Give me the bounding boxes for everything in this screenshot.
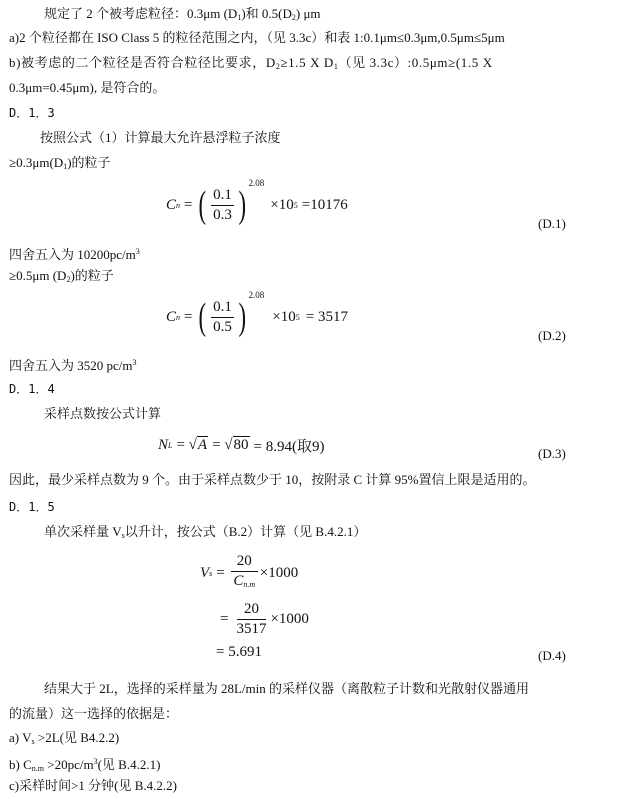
equation-label-d2: (D.2) xyxy=(538,328,566,344)
label-text: )的粒子 xyxy=(67,155,110,170)
equation-d4: Vs = 20 Cn.m ×1000 = 20 3517 ×1000 = 5.6… xyxy=(200,550,309,662)
label-text: 四舍五入为 3520 pc/m xyxy=(9,358,133,373)
fraction: 20 3517 xyxy=(234,600,268,639)
result: = 8.94(取9) xyxy=(254,435,325,456)
eq-lhs-sub: s xyxy=(209,569,212,578)
basis-item-a: a) Vs >2L(见 B4.2.2) xyxy=(9,730,119,750)
label-text: ≥0.5μm (D xyxy=(9,268,66,283)
section-heading-d14: D．1．4 xyxy=(9,381,55,397)
particle-d1-label: ≥0.3μm(D1)的粒子 xyxy=(9,155,111,175)
left-paren: ( xyxy=(199,186,207,224)
result-paragraph: 结果大于 2L，选择的采样量为 28L/min 的采样仪器（离散粒子计数和光散射… xyxy=(44,681,529,697)
eq-lhs: C xyxy=(166,309,176,326)
eq-row-2: = 20 3517 ×1000 xyxy=(216,596,309,642)
eq-lhs: N xyxy=(158,437,168,454)
right-paren: ) xyxy=(238,186,246,224)
d14-intro: 采样点数按公式计算 xyxy=(44,406,161,422)
label-text: >20pc/m xyxy=(44,757,94,772)
subscript: n.m xyxy=(32,764,44,773)
numerator: 0.1 xyxy=(211,186,234,206)
numerator: 0.1 xyxy=(211,298,234,318)
item-b: b)被考虑的二个粒径是否符合粒径比要求，D2≥1.5 X D1（见 3.3c）:… xyxy=(9,55,493,75)
label-text: ≥0.3μm(D xyxy=(9,155,63,170)
eq-row-3: = 5.691 xyxy=(216,642,309,662)
right-paren: ) xyxy=(238,298,246,336)
radicand: A xyxy=(197,436,208,454)
basis-item-b: b) Cn.m >20pc/m3(见 B.4.2.1) xyxy=(9,754,160,777)
denominator: 0.5 xyxy=(211,318,234,337)
label-text: )的粒子 xyxy=(70,268,113,283)
label-text: 单次采样量 V xyxy=(44,524,122,539)
sqrt-sign: = √ xyxy=(176,437,196,454)
item-a: a)2 个粒径都在 ISO Class 5 的粒径范围之内，（见 3.3c）和表… xyxy=(9,30,505,46)
times-term: ×1000 xyxy=(270,611,308,628)
eq-lhs-sub: n xyxy=(176,201,180,210)
eq-lhs: C xyxy=(166,197,176,214)
radicand: 80 xyxy=(233,436,250,454)
label-text: b) C xyxy=(9,757,32,772)
denominator-sub: n.m xyxy=(243,580,255,589)
exponent: 2.08 xyxy=(249,178,265,188)
d13-intro: 按照公式（1）计算最大允许悬浮粒子浓度 xyxy=(40,130,281,146)
rounding-d1: 四舍五入为 10200pc/m3 xyxy=(9,244,140,263)
d15-intro: 单次采样量 Vs以升计，按公式（B.2）计算（见 B.4.2.1） xyxy=(44,524,366,544)
intro-text: ) μm xyxy=(296,6,321,21)
equation-d3: NL = √A = √80 = 8.94(取9) xyxy=(158,430,325,460)
result-paragraph-cont: 的流量）这一选择的依据是： xyxy=(9,706,178,722)
intro-line: 规定了 2 个被考虑粒径：0.3μm (D1)和 0.5(D2) μm xyxy=(44,6,321,26)
superscript: 3 xyxy=(136,247,140,256)
item-b-text: （见 3.3c）:0.5μm≥(1.5 X xyxy=(339,55,493,70)
fraction: 20 Cn.m xyxy=(231,552,258,594)
label-text: (见 B.4.2.1) xyxy=(98,757,161,772)
equals-sign: = xyxy=(184,197,192,214)
equation-d2: Cn = ( 0.1 0.5 ) 2.08 ×105 = 3517 xyxy=(166,292,348,342)
result: =10176 xyxy=(302,197,348,214)
equals-sign: = xyxy=(220,611,228,628)
eq-lhs-sub: L xyxy=(168,441,172,450)
numerator: 20 xyxy=(237,600,266,620)
section-heading-d15: D．1．5 xyxy=(9,499,55,515)
times-term: ×10 xyxy=(270,197,293,214)
eq-lhs: V xyxy=(200,565,209,582)
basis-item-c: c)采样时间>1 分钟(见 B.4.2.2) xyxy=(9,778,177,794)
item-b-continuation: 0.3μm=0.45μm), 是符合的。 xyxy=(9,80,165,96)
label-text: 四舍五入为 10200pc/m xyxy=(9,247,136,262)
eq-row-1: Vs = 20 Cn.m ×1000 xyxy=(200,550,309,596)
superscript: 3 xyxy=(133,358,137,367)
d14-conclusion: 因此，最少采样点数为 9 个。由于采样点数少于 10，按附录 C 计算 95%置… xyxy=(9,472,536,488)
intro-text: )和 0.5(D xyxy=(241,6,292,21)
item-b-text: b)被考虑的二个粒径是否符合粒径比要求，D xyxy=(9,55,276,70)
power: 5 xyxy=(294,201,298,210)
equation-label-d3: (D.3) xyxy=(538,446,566,462)
particle-d2-label: ≥0.5μm (D2)的粒子 xyxy=(9,268,114,288)
equals-sign: = xyxy=(184,309,192,326)
result: = 3517 xyxy=(306,309,348,326)
denominator: C xyxy=(233,573,243,589)
fraction: 0.1 0.5 xyxy=(211,298,234,337)
numerator: 20 xyxy=(231,552,258,572)
eq-lhs-sub: n xyxy=(176,313,180,322)
exponent: 2.08 xyxy=(249,290,265,300)
section-heading-d13: D．1．3 xyxy=(9,105,55,121)
label-text: a) V xyxy=(9,730,32,745)
equation-d1: Cn = ( 0.1 0.3 ) 2.08 ×105 =10176 xyxy=(166,180,348,230)
rounding-d2: 四舍五入为 3520 pc/m3 xyxy=(9,355,137,374)
equals-sign: = xyxy=(216,565,224,582)
times-term: ×1000 xyxy=(260,565,298,582)
left-paren: ( xyxy=(199,298,207,336)
denominator: 0.3 xyxy=(211,206,234,225)
sqrt-sign: = √ xyxy=(212,437,232,454)
label-text: 以升计，按公式（B.2）计算（见 B.4.2.1） xyxy=(125,524,367,539)
label-text: >2L(见 B4.2.2) xyxy=(35,730,120,745)
denominator: 3517 xyxy=(234,620,268,639)
fraction: 0.1 0.3 xyxy=(211,186,234,225)
equation-label-d4: (D.4) xyxy=(538,648,566,664)
power: 5 xyxy=(296,313,300,322)
item-b-text: ≥1.5 X D xyxy=(280,55,333,70)
equation-label-d1: (D.1) xyxy=(538,216,566,232)
intro-text: 规定了 2 个被考虑粒径：0.3μm (D xyxy=(44,6,237,21)
times-term: ×10 xyxy=(272,309,295,326)
